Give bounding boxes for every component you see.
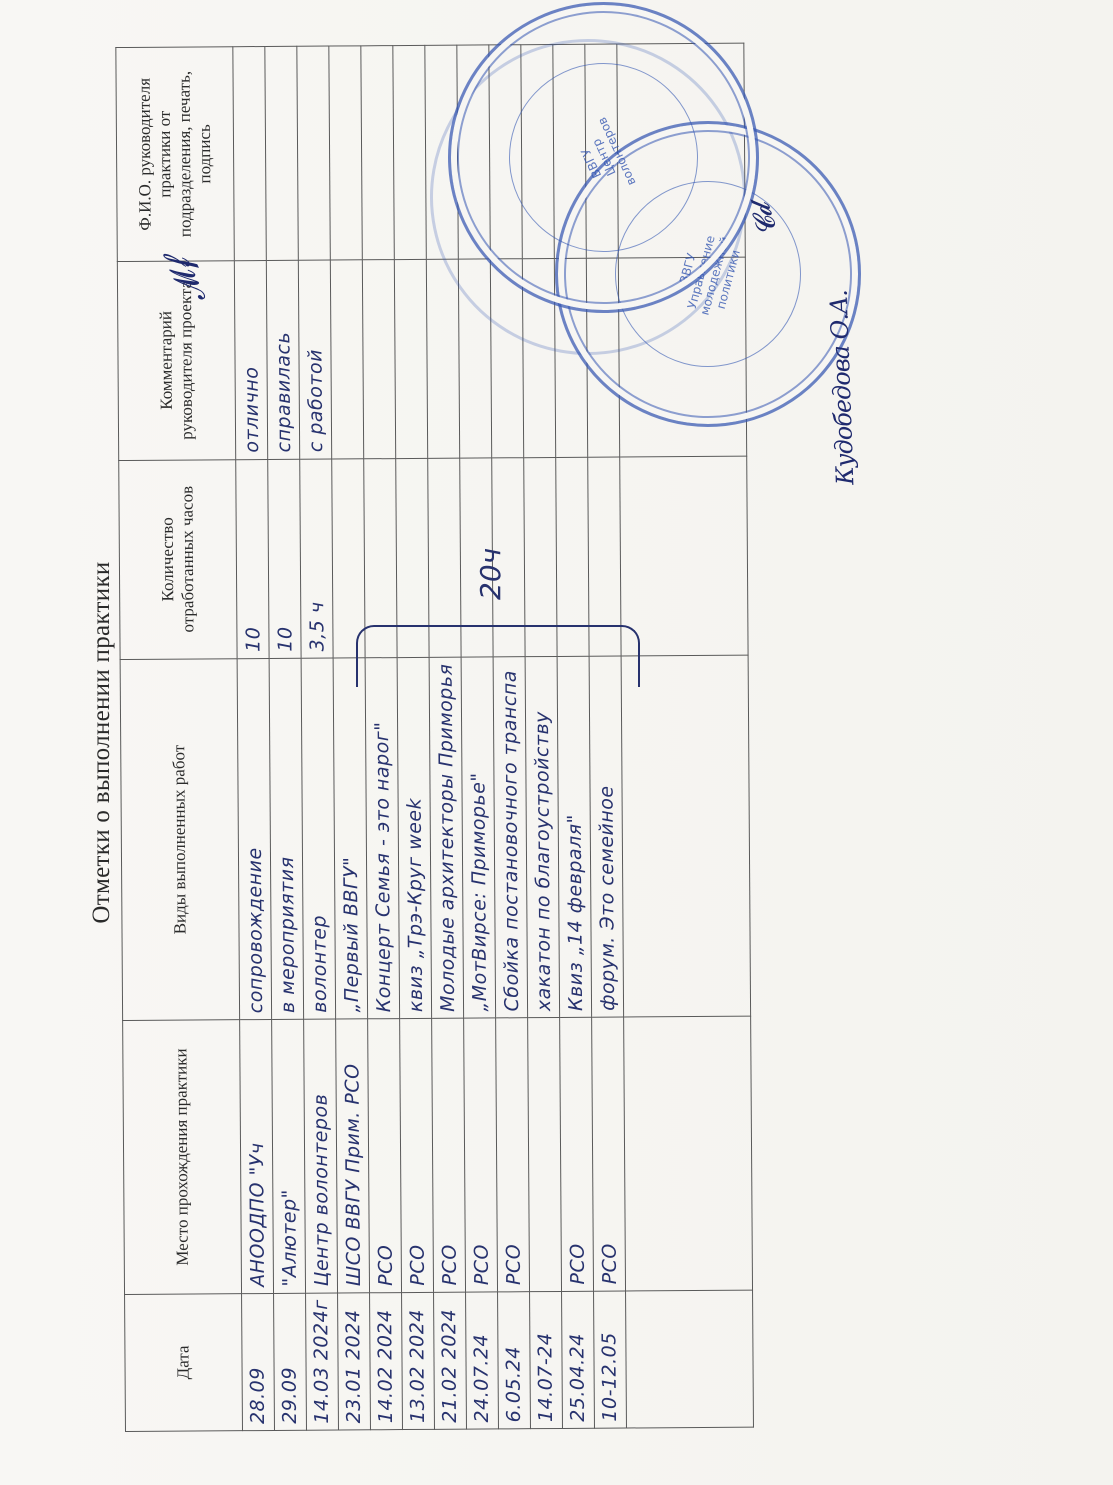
cell-works: „Первый ВВГУ" <box>333 658 368 1020</box>
cell-date: 24.07.24 <box>466 1292 499 1430</box>
cell-date: 6.05.24 <box>498 1291 531 1429</box>
cell-date: 23.01 2024 <box>338 1293 371 1431</box>
cell-place: РСО <box>560 1017 594 1291</box>
cell-works: квиз „Трэ-Круг week <box>397 657 432 1019</box>
header-works: Виды выполненных работ <box>120 659 240 1021</box>
cell-date <box>626 1290 754 1428</box>
cell-signature <box>329 46 362 260</box>
cell-works: Молодые архитекторы Приморья <box>429 657 464 1019</box>
cell-place <box>528 1018 562 1292</box>
cell-date: 29.09 <box>274 1293 307 1431</box>
cell-hours <box>332 458 365 658</box>
cell-works: волонтер <box>301 658 336 1020</box>
cell-date: 25.04.24 <box>562 1291 595 1429</box>
cell-date: 14.07-24 <box>530 1291 563 1429</box>
cell-works: сопровождение <box>237 658 272 1020</box>
cell-hours: 10 <box>268 459 301 659</box>
cell-date: 14.03 2024г <box>306 1293 339 1431</box>
cell-signature <box>393 45 426 259</box>
header-signature: Ф.И.О. руководителя практики от подразде… <box>116 47 234 262</box>
cell-hours: 3,5 ч <box>300 459 333 659</box>
cell-place: "Алютер" <box>272 1019 306 1293</box>
stamp-center: ВВГУЦентрволонтеров <box>478 32 729 283</box>
cell-comment <box>330 260 363 459</box>
cell-works <box>621 655 751 1017</box>
hours-group-total: 20ч <box>474 548 507 600</box>
cell-comment: отлично <box>234 260 267 459</box>
cell-works: „МотВирсе: Приморье" <box>461 657 496 1019</box>
cell-signature <box>361 46 394 260</box>
cell-works: Квиз „14 февраля" <box>557 656 592 1018</box>
cell-comment: с работой <box>298 260 331 459</box>
cell-signature <box>233 46 266 260</box>
cell-date: 21.02 2024 <box>434 1292 467 1430</box>
cell-signature <box>265 46 298 260</box>
cell-date: 13.02 2024 <box>402 1292 435 1430</box>
header-date: Дата <box>125 1293 243 1431</box>
cell-works: Сбойка постановочного транспа <box>493 657 528 1019</box>
cell-works: форум. Это семейное <box>589 656 624 1018</box>
cell-place: РСО <box>400 1019 434 1293</box>
cell-place: РСО <box>464 1018 498 1292</box>
cell-place: АНООДПО "Уч <box>240 1020 274 1294</box>
cell-place: Центр волонтеров <box>304 1019 338 1293</box>
cell-signature <box>297 46 330 260</box>
cell-date: 14.02 2024 <box>370 1292 403 1430</box>
document-title: Отметки о выполнении практики <box>88 0 116 1485</box>
cell-comment <box>394 259 427 458</box>
table-header-row: Дата Место прохождения практики Виды вып… <box>116 47 243 1432</box>
header-hours: Количество отработанных часов <box>119 459 237 659</box>
cell-place: РСО <box>432 1018 466 1292</box>
cell-date: 28.09 <box>242 1293 275 1431</box>
cell-works: Концерт Семья - это нарог" <box>365 657 400 1019</box>
cell-place: РСО <box>368 1019 402 1293</box>
cell-comment: справилась <box>266 260 299 459</box>
hours-group-brace <box>356 625 640 687</box>
cell-place <box>624 1016 753 1290</box>
cell-works: в мероприятия <box>269 658 304 1020</box>
cell-comment <box>362 260 395 459</box>
cell-place: РСО <box>496 1018 530 1292</box>
cell-hours: 10 <box>236 459 269 659</box>
cell-date: 10-12.05 <box>594 1291 627 1429</box>
cell-works: хакатон по благоустройству <box>525 656 560 1018</box>
cell-comment <box>426 259 459 458</box>
document-sheet: Отметки о выполнении практики Дата Место… <box>0 0 1113 1485</box>
header-place: Место прохождения практики <box>123 1020 242 1294</box>
cell-place: РСО <box>592 1017 626 1291</box>
cell-place: ШСО ВВГУ Прим. РСО <box>336 1019 370 1293</box>
cell-hours <box>620 456 748 656</box>
